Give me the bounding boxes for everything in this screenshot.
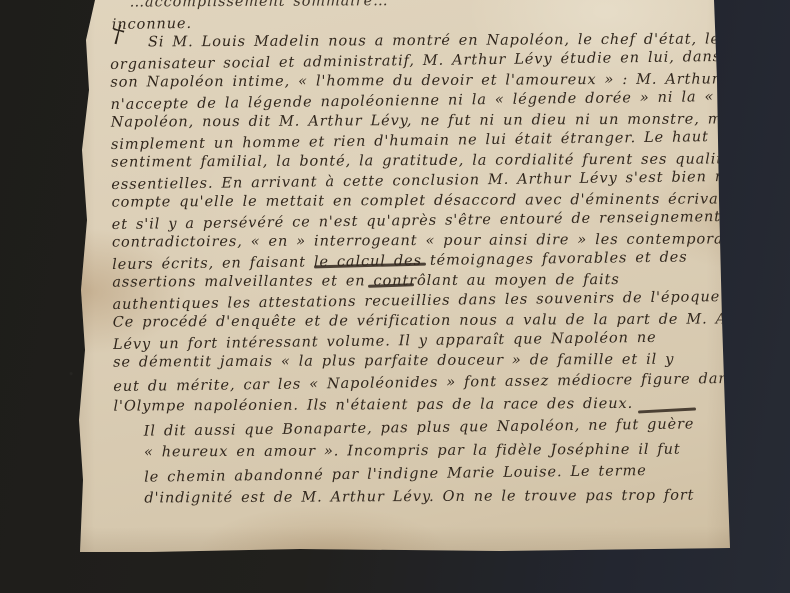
manuscript-line: l'Olympe napoléonien. Ils n'étaient pas … (113, 393, 729, 416)
manuscript-line: « heureux en amour ». Incompris par la f… (114, 439, 730, 462)
handwritten-text-block: …accomplissement sommaire… inconnue. Si … (110, 0, 731, 510)
photo-background: † …accomplissement sommaire… inconnue. S… (0, 0, 790, 593)
manuscript-line: se démentit jamais « la plus parfaite do… (113, 349, 729, 372)
manuscript-page: † …accomplissement sommaire… inconnue. S… (68, 0, 740, 560)
manuscript-line: le chemin abandonné par l'indigne Marie … (114, 460, 730, 488)
manuscript-line: Il dit aussi que Bonaparte, pas plus que… (114, 414, 730, 442)
manuscript-line: d'indignité est de M. Arthur Lévy. On ne… (114, 485, 730, 508)
manuscript-line: eut du mérite, car les « Napoléonides » … (113, 369, 729, 397)
